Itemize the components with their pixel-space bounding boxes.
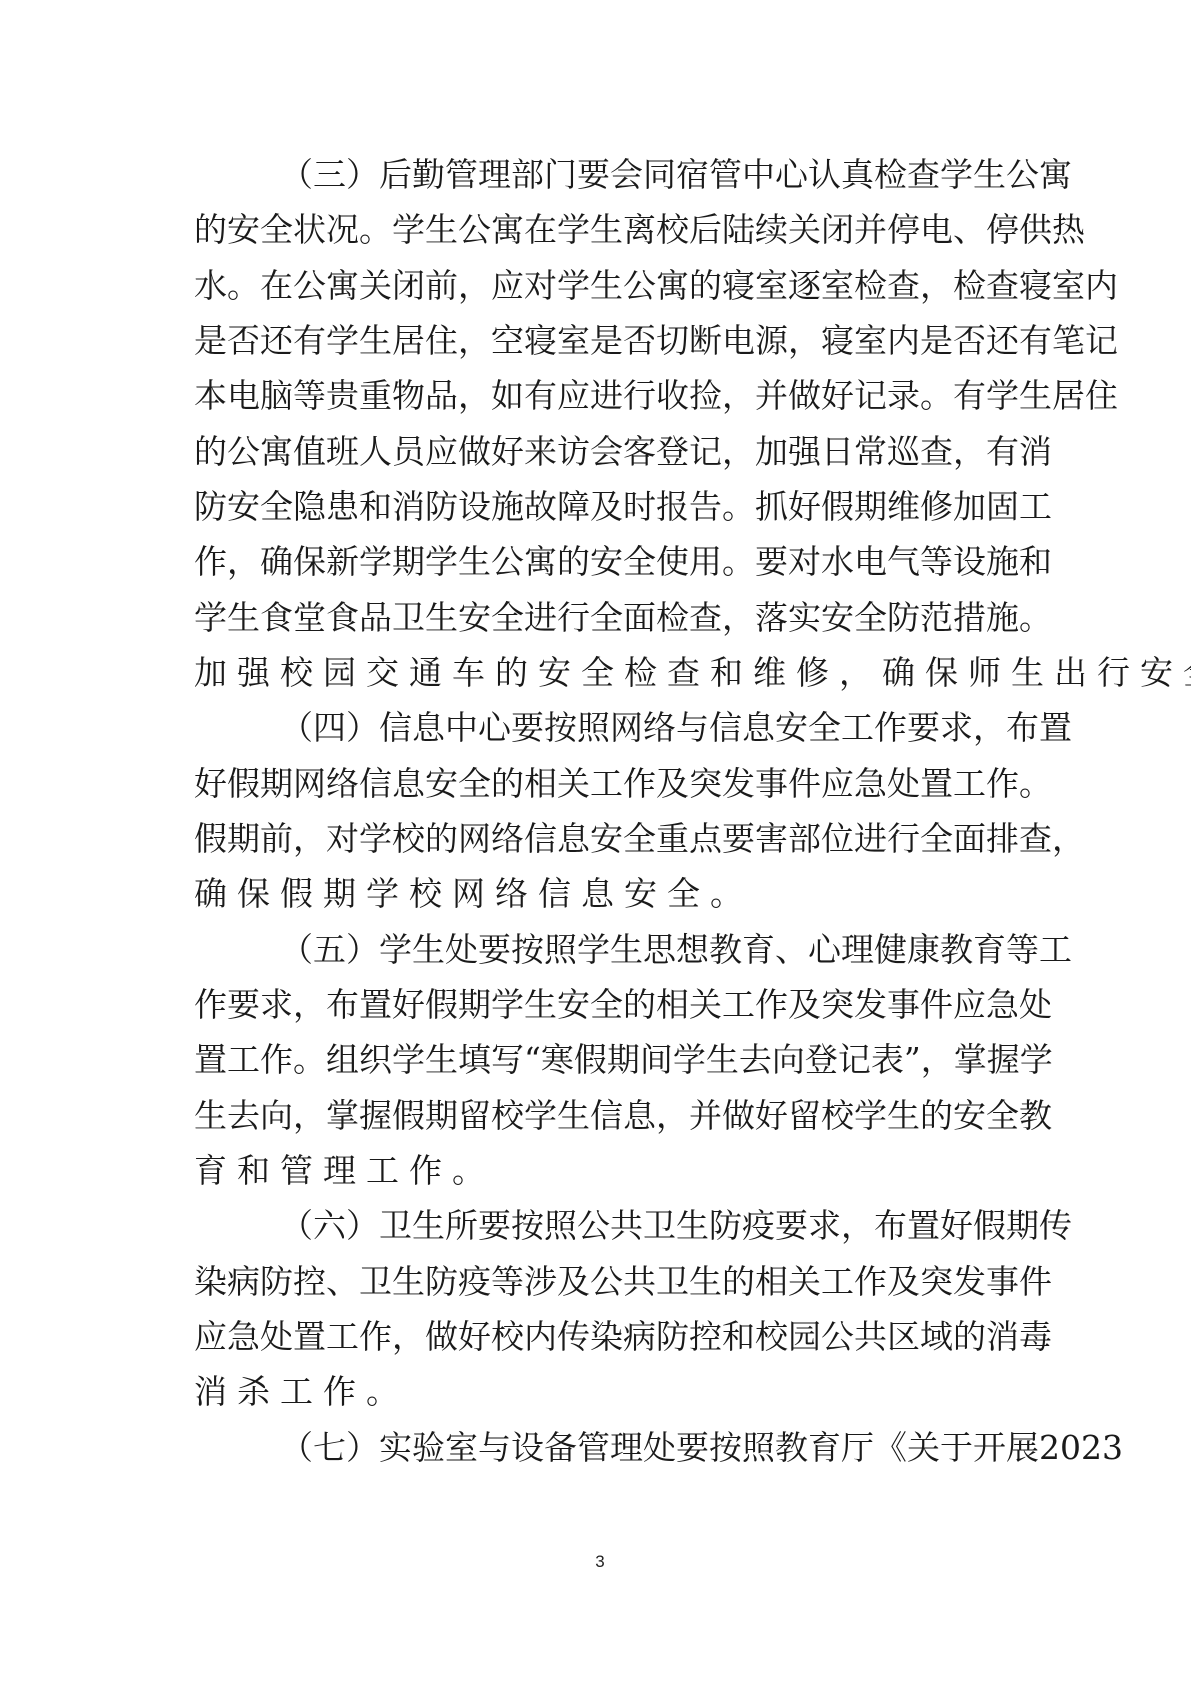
paragraph-3-line-1: （三）后勤管理部门要会同宿管中心认真检查学生公寓	[280, 153, 1016, 197]
paragraph-5-line-3: 置工作。组织学生填写“寒假期间学生去向登记表”，掌握学	[194, 1038, 1016, 1082]
paragraph-3-line-8: 作，确保新学期学生公寓的安全使用。要对水电气等设施和	[194, 540, 1016, 584]
paragraph-5-line-2: 作要求，布置好假期学生安全的相关工作及突发事件应急处	[194, 983, 1016, 1027]
paragraph-4-line-4: 确保假期学校网络信息安全。	[194, 872, 1016, 916]
paragraph-5-line-4: 生去向，掌握假期留校学生信息，并做好留校学生的安全教	[194, 1094, 1016, 1138]
paragraph-3-line-9: 学生食堂食品卫生安全进行全面检查，落实安全防范措施。	[194, 596, 1016, 640]
scan-speck	[990, 796, 992, 798]
paragraph-4-line-3: 假期前，对学校的网络信息安全重点要害部位进行全面排查，	[194, 817, 1016, 861]
paragraph-3-line-7: 防安全隐患和消防设施故障及时报告。抓好假期维修加固工	[194, 485, 1016, 529]
paragraph-7-line-1: （七）实验室与设备管理处要按照教育厅《关于开展2023	[280, 1426, 1016, 1470]
paragraph-3-line-10: 加强校园交通车的安全检查和维修，确保师生出行安全。	[194, 651, 1016, 695]
paragraph-5-line-1: （五）学生处要按照学生思想教育、心理健康教育等工	[280, 928, 1016, 972]
paragraph-6-line-4: 消杀工作。	[194, 1370, 1016, 1414]
paragraph-3-line-5: 本电脑等贵重物品，如有应进行收捡，并做好记录。有学生居住	[194, 374, 1016, 418]
paragraph-5-line-5: 育和管理工作。	[194, 1149, 1016, 1193]
paragraph-3-line-4: 是否还有学生居住，空寝室是否切断电源，寝室内是否还有笔记	[194, 319, 1016, 363]
page-number: 3	[580, 1552, 620, 1572]
document-page: （三）后勤管理部门要会同宿管中心认真检查学生公寓 的安全状况。学生公寓在学生离校…	[0, 0, 1191, 1684]
paragraph-3-line-3: 水。在公寓关闭前，应对学生公寓的寝室逐室检查，检查寝室内	[194, 264, 1016, 308]
paragraph-6-line-2: 染病防控、卫生防疫等涉及公共卫生的相关工作及突发事件	[194, 1260, 1016, 1304]
paragraph-4-line-2: 好假期网络信息安全的相关工作及突发事件应急处置工作。	[194, 762, 1016, 806]
paragraph-6-line-1: （六）卫生所要按照公共卫生防疫要求，布置好假期传	[280, 1204, 1016, 1248]
paragraph-4-line-1: （四）信息中心要按照网络与信息安全工作要求，布置	[280, 706, 1016, 750]
paragraph-6-line-3: 应急处置工作，做好校内传染病防控和校园公共区域的消毒	[194, 1315, 1016, 1359]
paragraph-3-line-2: 的安全状况。学生公寓在学生离校后陆续关闭并停电、停供热	[194, 208, 1016, 252]
paragraph-3-line-6: 的公寓值班人员应做好来访会客登记，加强日常巡查，有消	[194, 430, 1016, 474]
